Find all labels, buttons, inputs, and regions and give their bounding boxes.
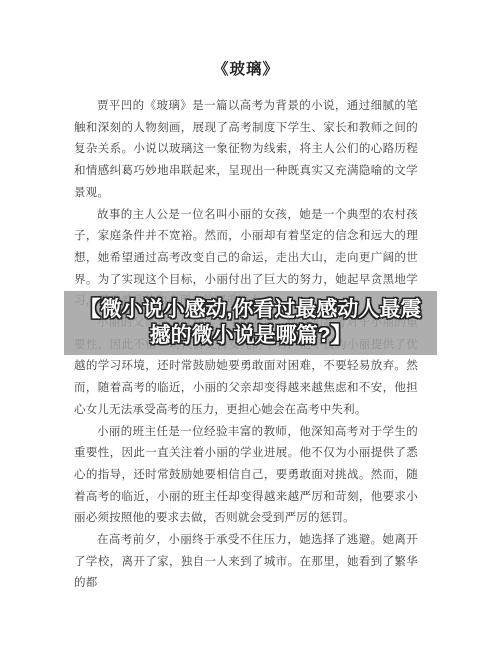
story-paragraph-5: 在高考前夕，小丽终于承受不住压力，她选择了逃避。她离开了学校，离开了家，独自一人…	[74, 530, 418, 595]
page-title: 《玻璃》	[74, 57, 418, 79]
story-paragraph-1: 贾平凹的《玻璃》是一篇以高考为背景的小说，通过细腻的笔触和深刻的人物刻画，展现了…	[74, 96, 418, 205]
caption-overlay-banner: 【微小说小感动,你看过最感动人最震 撼的微小说是哪篇?】	[64, 291, 437, 355]
caption-line-2: 撼的微小说是哪篇?】	[150, 323, 352, 349]
caption-line-1: 【微小说小感动,你看过最感动人最震	[80, 297, 422, 323]
story-paragraph-4: 小丽的班主任是一位经验丰富的教师，他深知高考对于学生的重要性，因此一直关注着小丽…	[74, 422, 418, 531]
document-page: 《玻璃》 贾平凹的《玻璃》是一篇以高考为背景的小说，通过细腻的笔触和深刻的人物刻…	[0, 0, 500, 647]
